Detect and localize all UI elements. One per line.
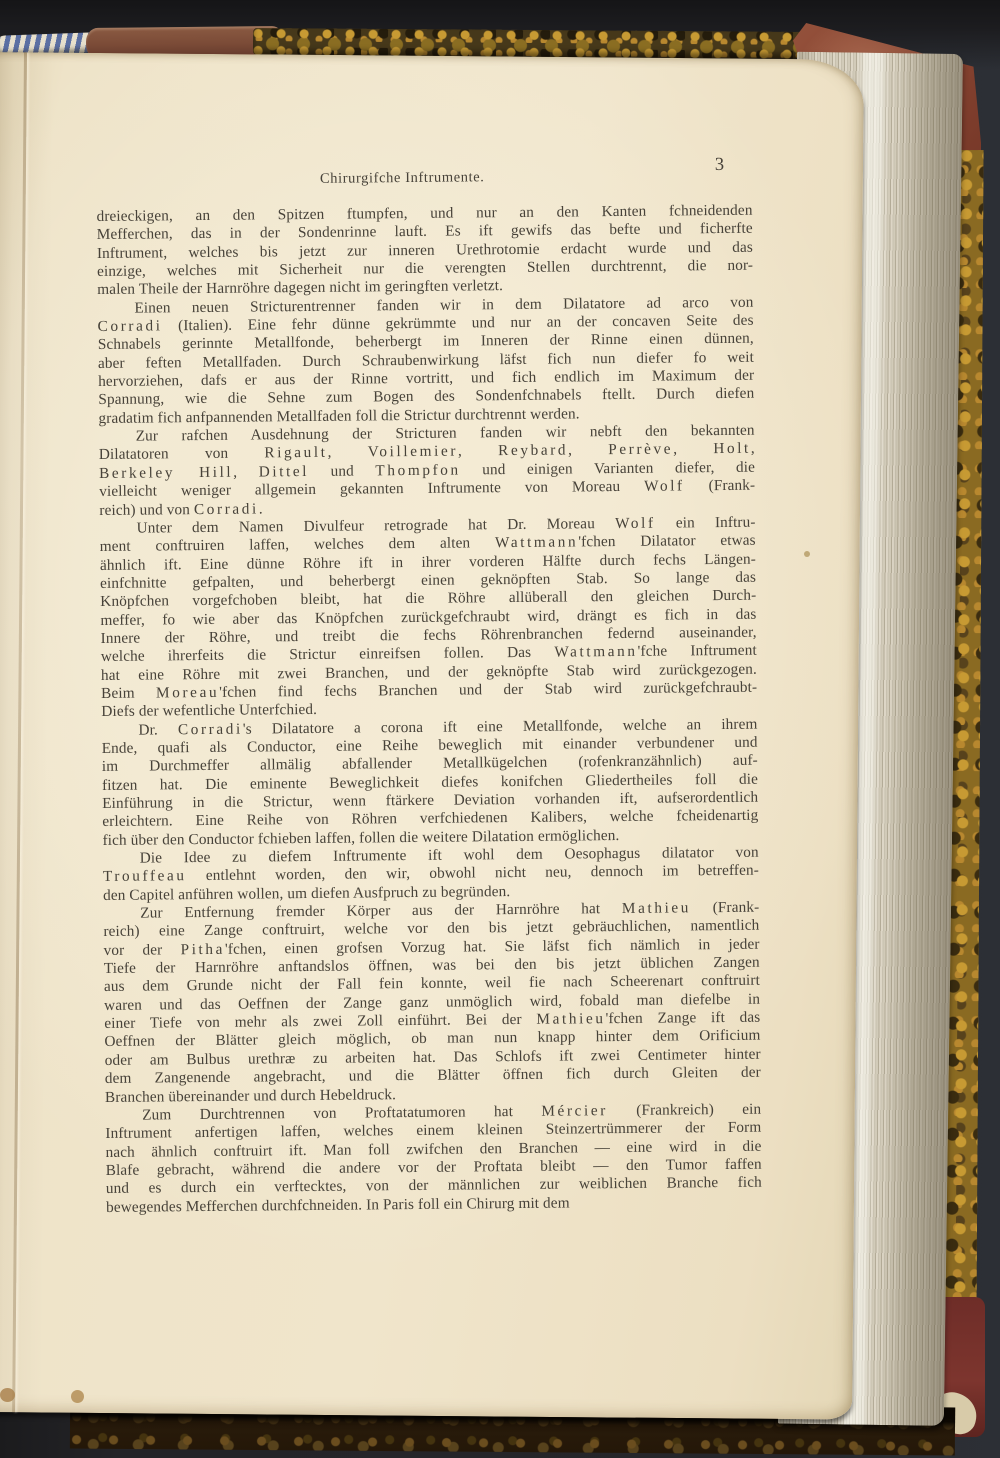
spaced-name: Moreau <box>156 684 219 702</box>
spaced-name: Rigault <box>264 444 327 462</box>
spaced-name: Wolf <box>615 514 656 531</box>
spaced-name: Pitha <box>180 941 225 958</box>
page-header: Chirurgifche Inftrumente. 3 <box>96 152 752 208</box>
foxing-spot <box>0 1388 15 1402</box>
spaced-name: Berkeley Hill <box>99 464 233 482</box>
paragraph: Zum Durchtrennen von Proftatatumoren hat… <box>105 1101 762 1217</box>
spaced-name: Thompfon <box>375 461 461 479</box>
spaced-name: Mathieu <box>622 899 691 917</box>
spaced-name: Wolf <box>644 478 685 495</box>
spaced-name: Corradi <box>194 500 259 518</box>
spaced-name: Reybard <box>498 442 568 460</box>
paragraph: Die Idee zu diefem Inftrumente ift wohl … <box>103 844 759 905</box>
text-block: Chirurgifche Inftrumente. 3 dreieckigen,… <box>96 152 762 1217</box>
foxing-spot <box>71 1390 84 1403</box>
paragraph: Zur rafchen Ausdehnung der Stricturen fa… <box>99 422 756 520</box>
paragraph: Einen neuen Stricturentrenner fanden wir… <box>97 293 754 428</box>
spaced-name: Wattmann <box>554 643 637 661</box>
gutter-shadow <box>0 52 86 1413</box>
spaced-name: Mathieu <box>536 1010 605 1028</box>
spaced-name: Mércier <box>541 1102 608 1120</box>
foxing-spot <box>804 551 810 557</box>
spaced-name: Corradi <box>98 317 163 335</box>
spaced-name: Trouffeau <box>103 868 187 886</box>
spaced-name: Perrève <box>608 441 673 459</box>
spaced-name: Holt <box>713 440 751 457</box>
spaced-name: Wattmann <box>495 534 578 552</box>
spaced-name: Corradi <box>178 720 243 738</box>
paragraph: dreieckigen, an den Spitzen ftumpfen, un… <box>96 202 753 300</box>
page-number: 3 <box>715 155 724 176</box>
paragraph: Dr. Corradi's Dilatatore a corona ift ei… <box>101 715 758 850</box>
paragraph: Unter dem Namen Divulfeur retrograde hat… <box>99 514 757 722</box>
spaced-name: Dittel <box>259 463 310 480</box>
gutter-crease <box>12 52 27 1412</box>
running-title: Chirurgifche Inftrumente. <box>96 167 708 190</box>
page-text-body: dreieckigen, an den Spitzen ftumpfen, un… <box>96 202 762 1217</box>
book-scan: Chirurgifche Inftrumente. 3 dreieckigen,… <box>0 0 1000 1458</box>
spaced-name: Voillemier <box>368 443 458 461</box>
paragraph: Zur Entfernung fremder Körper aus der Ha… <box>103 899 761 1107</box>
